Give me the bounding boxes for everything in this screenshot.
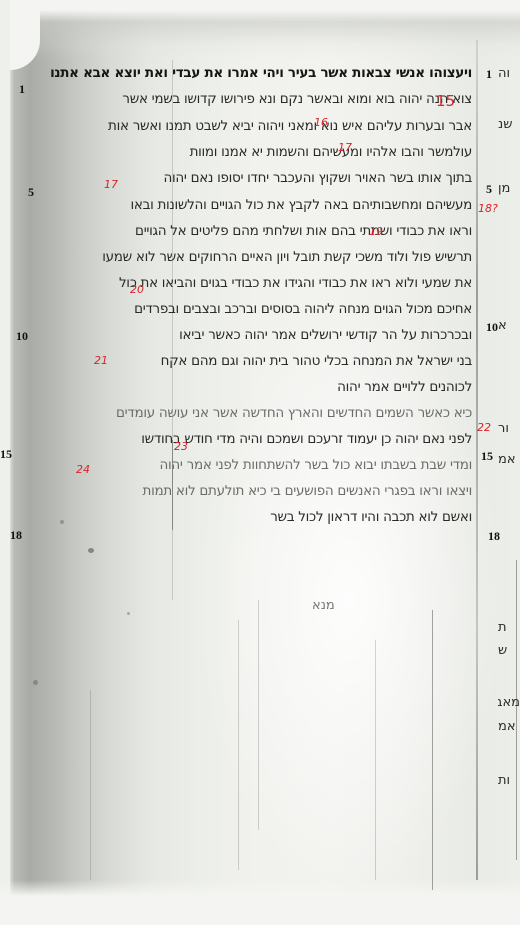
line-number-label: 15	[0, 447, 12, 462]
line-number-label: 15	[481, 449, 493, 464]
next-column-text-fragment: מאבל	[498, 692, 520, 714]
manuscript-text-line: אבר ובערות עליהם איש נוא ומאני ויהוה יבי…	[22, 113, 472, 139]
fragment-left-edge	[0, 0, 10, 925]
verse-number-annotation: 21	[94, 354, 108, 367]
manuscript-text-line: ואשם לוא תכבה והיו דראון לכול בשר	[22, 504, 472, 530]
next-column-text-fragment: אמ	[498, 716, 520, 738]
manuscript-text-line: ויעצוהו אנשי צבאות אשר בעיר ויהי אמרו את…	[22, 60, 472, 86]
crease-line	[258, 600, 259, 830]
manuscript-text-line: לפני נאם יהוה כן יעמוד זרעכם ושמכם והיה …	[22, 426, 472, 452]
next-column-text-fragment: א	[498, 315, 520, 337]
verse-number-annotation: 19	[369, 225, 383, 238]
manuscript-text-line: תרשיש פול ולוד משכי קשת תובל ויון האיים …	[22, 244, 472, 270]
line-number-label: 10	[16, 329, 28, 344]
manuscript-text-line: מעשיהם ומחשבותיהם באה לקבץ את כול הגויים…	[22, 192, 472, 218]
next-column-text-fragment: אמ	[498, 449, 520, 471]
verse-number-annotation: 22	[477, 421, 491, 434]
manuscript-text-line: לכוהנים ללויים אמר יהוה	[22, 374, 472, 400]
verse-number-annotation: 17	[338, 141, 352, 154]
line-number-label: 1	[19, 82, 25, 97]
line-number-label: 5	[486, 182, 492, 197]
stain-speck	[127, 612, 130, 615]
next-column-text-fragment: ת	[498, 617, 520, 639]
line-number-label: 18	[488, 529, 500, 544]
sheet-seam	[476, 40, 478, 880]
manuscript-text-line: את שמעי ולוא ראו את כבודי והגידו את כבוד…	[22, 270, 472, 296]
verse-number-annotation: 24	[76, 463, 90, 476]
crease-line	[238, 620, 239, 870]
manuscript-text-line: ובכרכרות על הר קודשי ירושלים אמר יהוה כא…	[22, 322, 472, 348]
faint-ink-mark: מנא	[312, 595, 352, 617]
manuscript-text-line: וראו את כבודי ושמתי בהם אות ושלחתי מהם פ…	[22, 218, 472, 244]
stain-speck	[33, 680, 38, 685]
verse-number-annotation: 16	[314, 116, 328, 129]
next-column-text-fragment: ות	[498, 770, 520, 792]
crease-line	[375, 640, 376, 880]
manuscript-text-line: בתוך אותו בשר האויר ושקוץ והעכבר יחדו יס…	[22, 165, 472, 191]
manuscript-text-line: צוא הנה יהוה בוא ומוא ובאשר נקם ונא פירו…	[22, 86, 472, 112]
verse-number-annotation: 15	[436, 92, 455, 110]
next-column-text-fragment: מן	[498, 178, 520, 200]
verse-number-annotation: 23	[174, 440, 188, 453]
line-number-label: 1	[486, 67, 492, 82]
manuscript-text-line: כיא כאשר השמים החדשים והארץ החדשה אשר אנ…	[22, 400, 472, 426]
next-column-text-fragment: ש	[498, 640, 520, 662]
line-number-label: 10	[486, 320, 498, 335]
line-number-label: 18	[10, 528, 22, 543]
verse-number-annotation: 18?	[478, 202, 498, 215]
manuscript-text-line: עולמשר והבו אלהיו ומעשיהם והשמות יא אמנו…	[22, 139, 472, 165]
next-column-text-fragment: ור	[498, 418, 520, 440]
next-column-text-fragment: שנ	[498, 114, 520, 136]
line-number-label: 5	[28, 185, 34, 200]
stain-speck	[88, 548, 94, 553]
manuscript-text-line: אחיכם מכול הגוים מנחה ליהוה בסוסים וברכב…	[22, 296, 472, 322]
verse-number-annotation: 17	[104, 178, 118, 191]
next-column-text-fragment: וה	[498, 63, 520, 85]
verse-number-annotation: 20	[130, 283, 144, 296]
crease-line	[90, 690, 91, 880]
fragment-bottom-edge	[0, 880, 520, 925]
manuscript-text-line: בני ישראל את המנחה בכלי טהור בית יהוה וג…	[22, 348, 472, 374]
manuscript-text-line: ויצאו וראו בפגרי האנשים הפושעים בי כיא ת…	[22, 478, 472, 504]
crack-line	[432, 610, 433, 890]
fragment-top-edge	[15, 0, 520, 60]
